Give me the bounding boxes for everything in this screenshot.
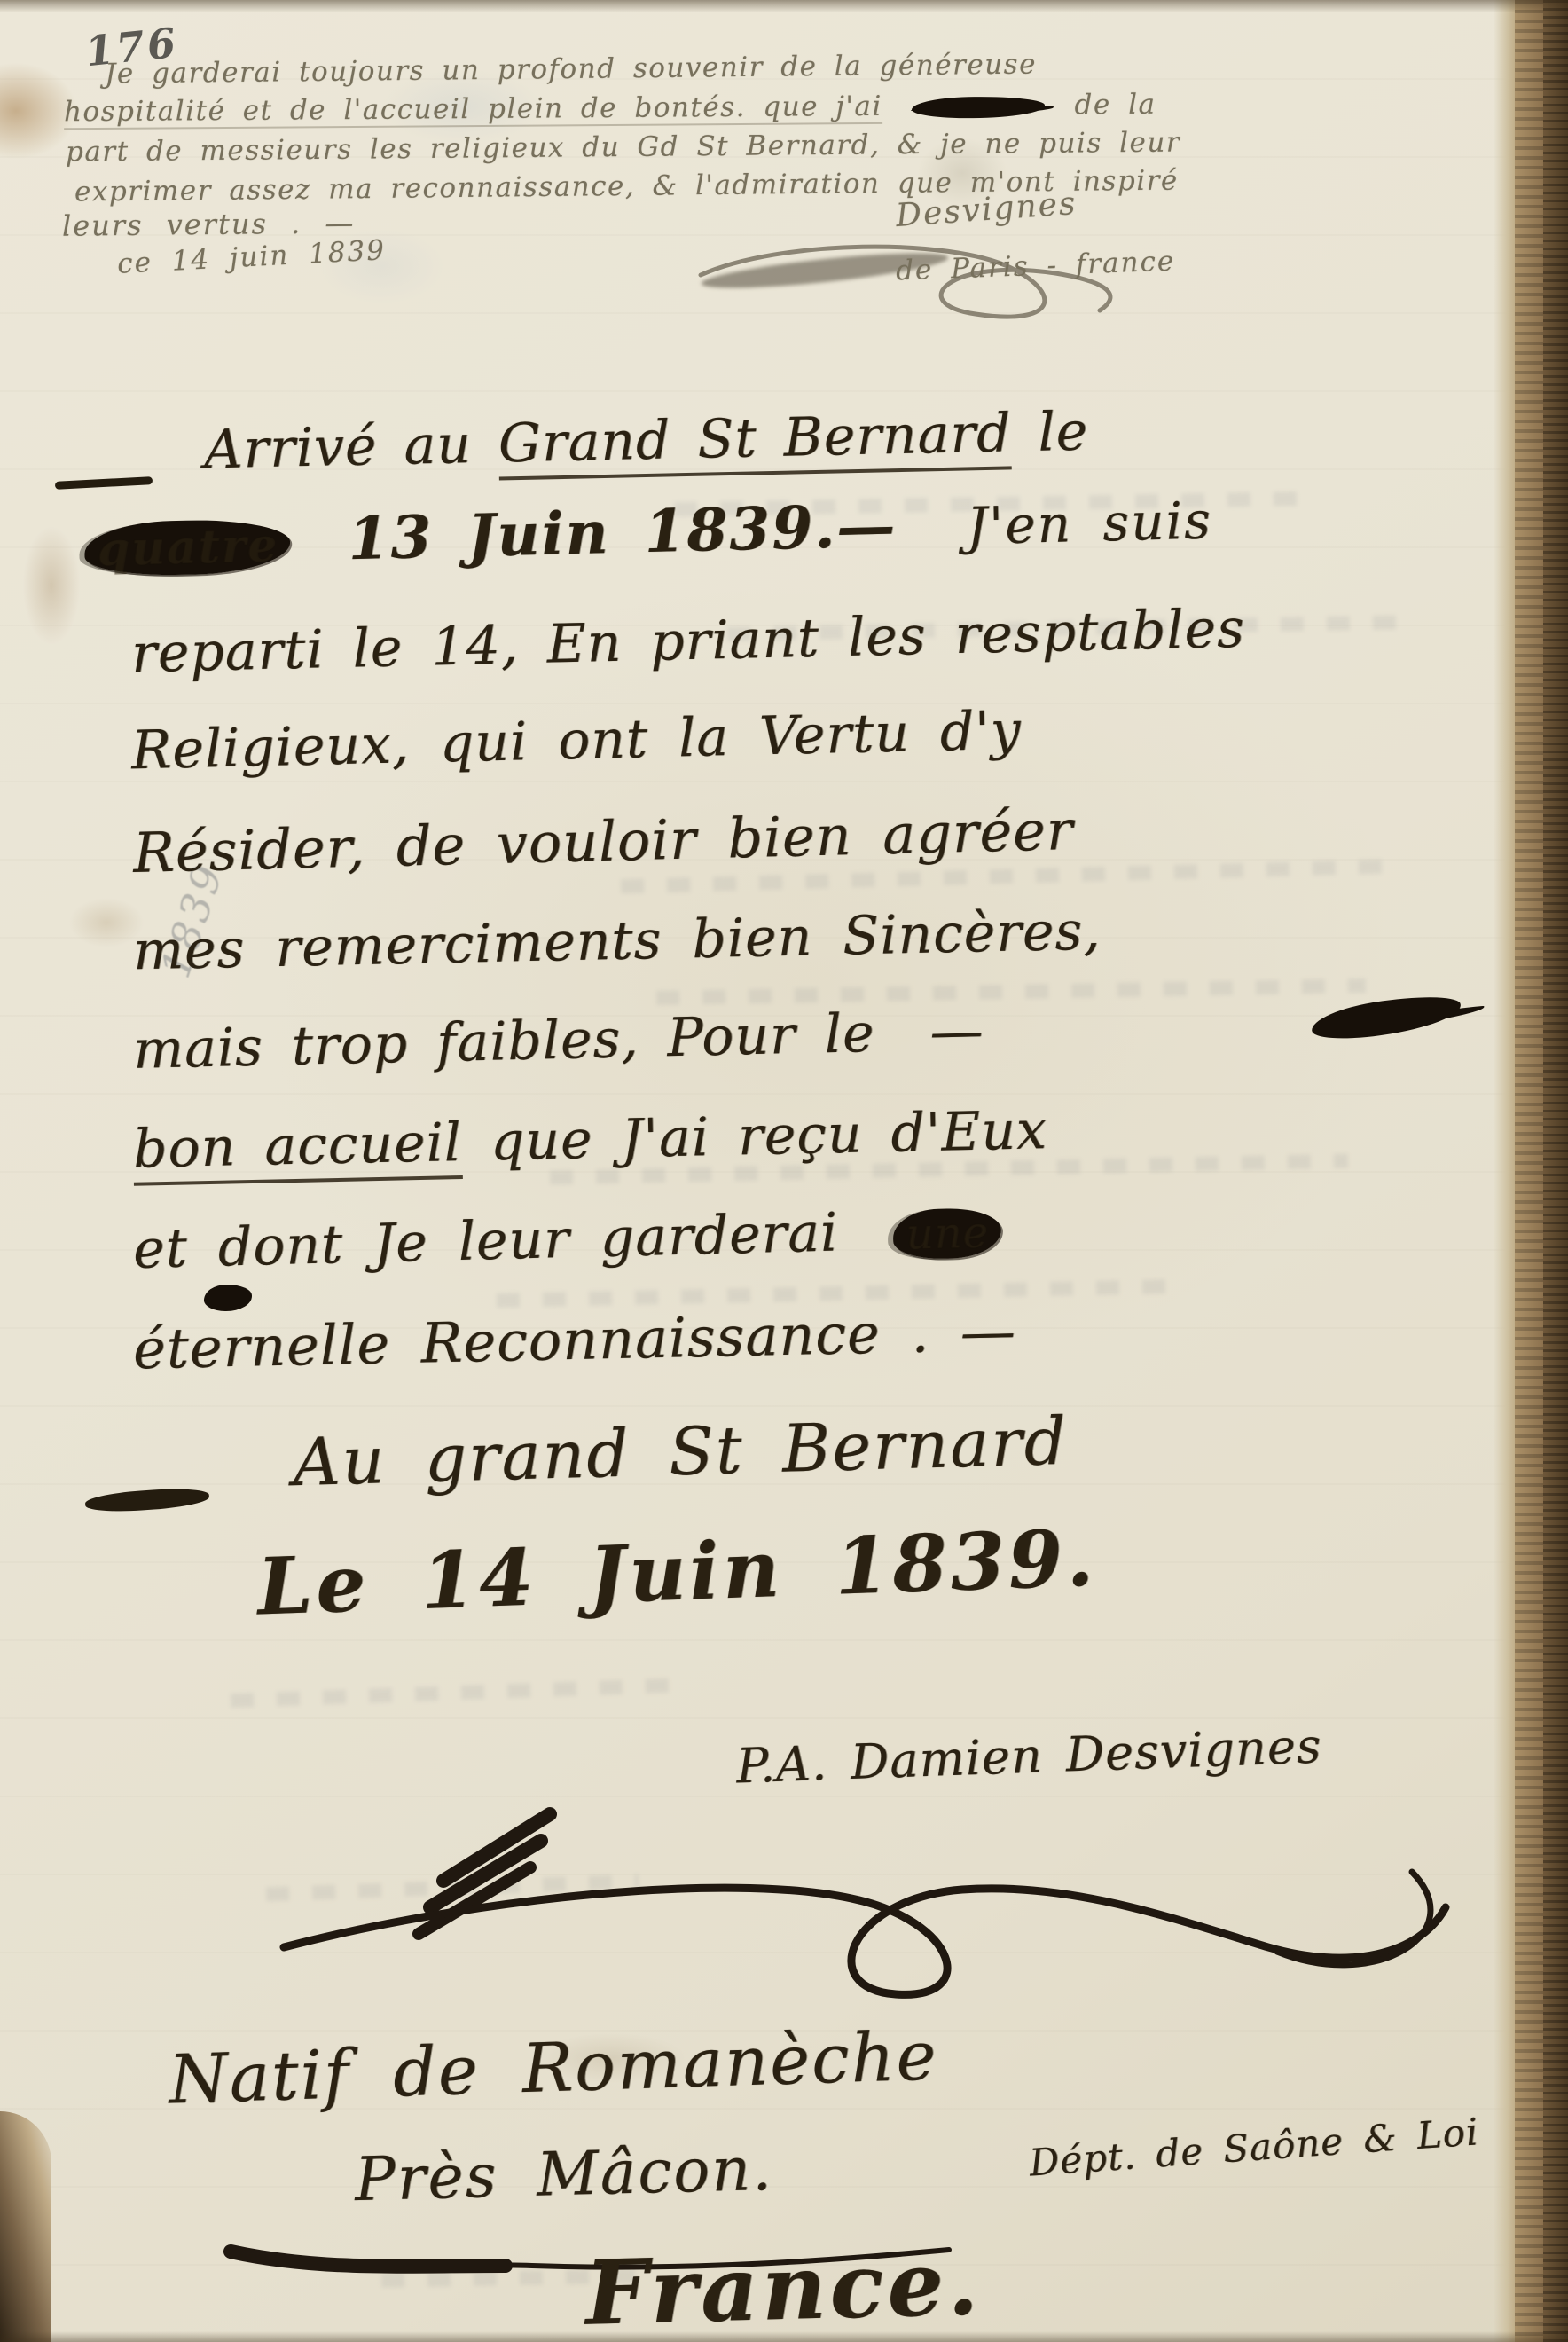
faded-entry-line2-end: de la [1074,89,1156,122]
struck-word-quatre: quatre [84,518,292,578]
page-edge-top [0,0,1568,12]
near-line: Près Mâcon. [354,2134,774,2215]
main-line2-end: J'en suis [966,490,1212,556]
main-line1-start: Arrivé au [203,413,498,481]
main-line7-dash: — [929,1000,985,1063]
book-binding-left [0,0,32,2342]
page-edge-right-outer [1543,0,1568,2342]
book-binding-corner [0,2111,51,2342]
ink-blot-strikethrough [912,96,1045,118]
faded-entry-line2-text: hospitalité et de l'accueil plein de bon… [64,90,882,130]
main-line2-date: 13 Juin 1839.— [347,491,897,573]
main-line8-rest: que J'ai reçu d'Eux [461,1099,1047,1174]
manuscript-page: { "page": { "number": "176", "descriptio… [0,0,1568,2342]
country-line: France. [584,2230,984,2342]
struck-word-line9: une [893,1207,1002,1260]
main-line1-end: le [1011,401,1089,465]
main-line8-underlined: bon accueil [132,1112,462,1186]
main-line1-underlined: Grand St Bernard [498,402,1012,480]
signature-flourish [177,1765,1508,2049]
page-edge-right-mid [1515,0,1545,2342]
